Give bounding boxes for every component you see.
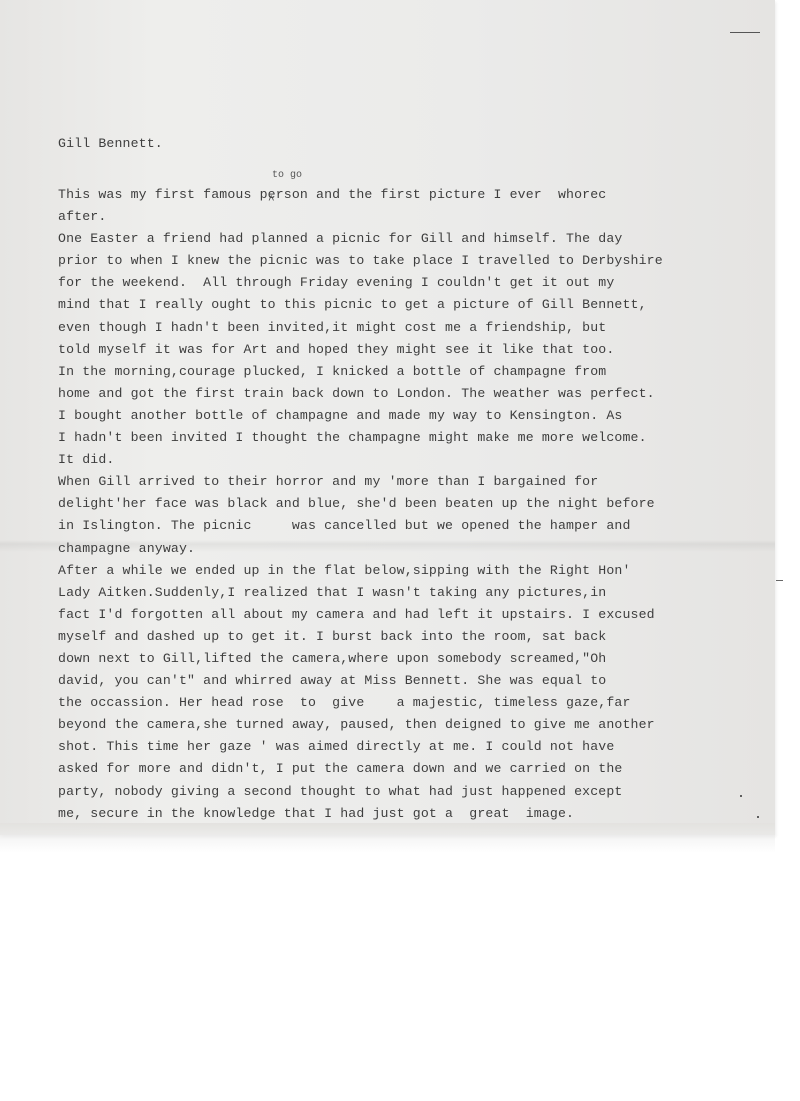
text-line: I hadn't been invited I thought the cham… [58, 427, 758, 449]
document-title: Gill Bennett. [58, 134, 758, 154]
speck [757, 816, 759, 818]
text-line: beyond the camera,she turned away, pause… [58, 714, 758, 736]
edge-mark [776, 580, 783, 581]
text-line: the occassion. Her head rose to give a m… [58, 692, 758, 714]
text-line: One Easter a friend had planned a picnic… [58, 228, 758, 250]
text-line: delight'her face was black and blue, she… [58, 493, 758, 515]
typed-text-body: Gill Bennett. This was my first famous p… [58, 134, 758, 825]
text-line: me, secure in the knowledge that I had j… [58, 803, 758, 825]
text-line: in Islington. The picnic was cancelled b… [58, 515, 758, 537]
text-line: Lady Aitken.Suddenly,I realized that I w… [58, 582, 758, 604]
handwritten-insert: to go [272, 170, 302, 181]
text-line: david, you can't" and whirred away at Mi… [58, 670, 758, 692]
text-line: even though I hadn't been invited,it mig… [58, 317, 758, 339]
text-line: for the weekend. All through Friday even… [58, 272, 758, 294]
text-line: after. [58, 206, 758, 228]
text-line: This was my first famous person and the … [58, 184, 758, 206]
text-line: asked for more and didn't, I put the cam… [58, 758, 758, 780]
text-line: shot. This time her gaze ' was aimed dir… [58, 736, 758, 758]
text-line: told myself it was for Art and hoped the… [58, 339, 758, 361]
text-line: prior to when I knew the picnic was to t… [58, 250, 758, 272]
text-line: After a while we ended up in the flat be… [58, 560, 758, 582]
body-lines: This was my first famous person and the … [58, 184, 758, 825]
insert-caret: ^ [268, 195, 275, 207]
text-line: In the morning,courage plucked, I knicke… [58, 361, 758, 383]
text-line: I bought another bottle of champagne and… [58, 405, 758, 427]
text-line: down next to Gill,lifted the camera,wher… [58, 648, 758, 670]
text-line: fact I'd forgotten all about my camera a… [58, 604, 758, 626]
text-line: party, nobody giving a second thought to… [58, 781, 758, 803]
speck [740, 795, 742, 797]
text-line: It did. [58, 449, 758, 471]
text-line: champagne anyway. [58, 538, 758, 560]
text-line: When Gill arrived to their horror and my… [58, 471, 758, 493]
text-line: mind that I really ought to this picnic … [58, 294, 758, 316]
corner-mark [730, 32, 760, 33]
text-line: home and got the first train back down t… [58, 383, 758, 405]
scanned-page: Gill Bennett. This was my first famous p… [0, 0, 800, 1101]
typewritten-sheet: Gill Bennett. This was my first famous p… [0, 0, 775, 835]
text-line: myself and dashed up to get it. I burst … [58, 626, 758, 648]
